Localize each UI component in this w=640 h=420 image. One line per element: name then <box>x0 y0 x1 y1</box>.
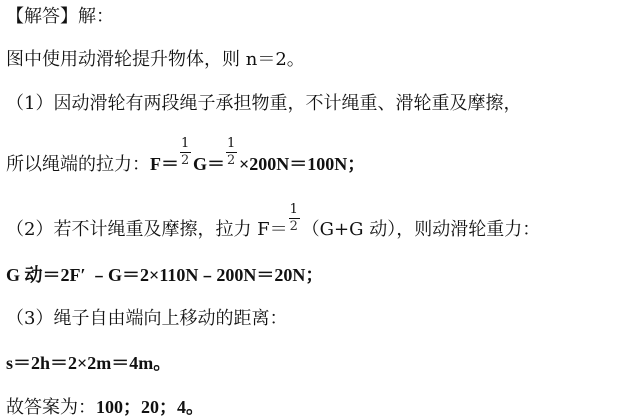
final-answer-values: 100；20；4。 <box>96 397 204 417</box>
fraction-half: 12 <box>289 219 301 241</box>
formula-prefix: 所以绳端的拉力： <box>6 154 150 175</box>
line-part2-result: G 动＝2F′ ﹣G＝2×110N﹣200N＝20N； <box>6 264 323 286</box>
line-part3-result: s＝2h＝2×2m＝4m。 <box>6 352 171 374</box>
line-part1-formula: 所以绳端的拉力：F＝12G＝12×200N＝100N； <box>6 153 365 176</box>
formula-g: G＝ <box>193 154 225 174</box>
formula-result: ×200N＝100N； <box>239 154 365 174</box>
line-part2-intro: （2）若不计绳重及摩擦，拉力 F＝12（G+G 动），则动滑轮重力： <box>6 219 540 241</box>
line-part1-intro: （1）因动滑轮有两段绳子承担物重，不计绳重、滑轮重及摩擦， <box>6 93 521 115</box>
final-answer-prefix: 故答案为： <box>6 397 96 418</box>
line-pulley-count: 图中使用动滑轮提升物体，则 n＝2。 <box>6 49 305 71</box>
line-part3-intro: （3）绳子自由端向上移动的距离： <box>6 308 287 330</box>
answer-header: 【解答】解： <box>6 6 114 28</box>
line-final-answer: 故答案为：100；20；4。 <box>6 396 204 419</box>
fraction-half: 12 <box>180 153 192 175</box>
part2-prefix: （2）若不计绳重及摩擦，拉力 F＝ <box>6 219 288 240</box>
part2-rest: （G+G 动），则动滑轮重力： <box>302 219 541 240</box>
fraction-half: 12 <box>226 153 238 175</box>
formula-f: F＝ <box>150 154 179 174</box>
